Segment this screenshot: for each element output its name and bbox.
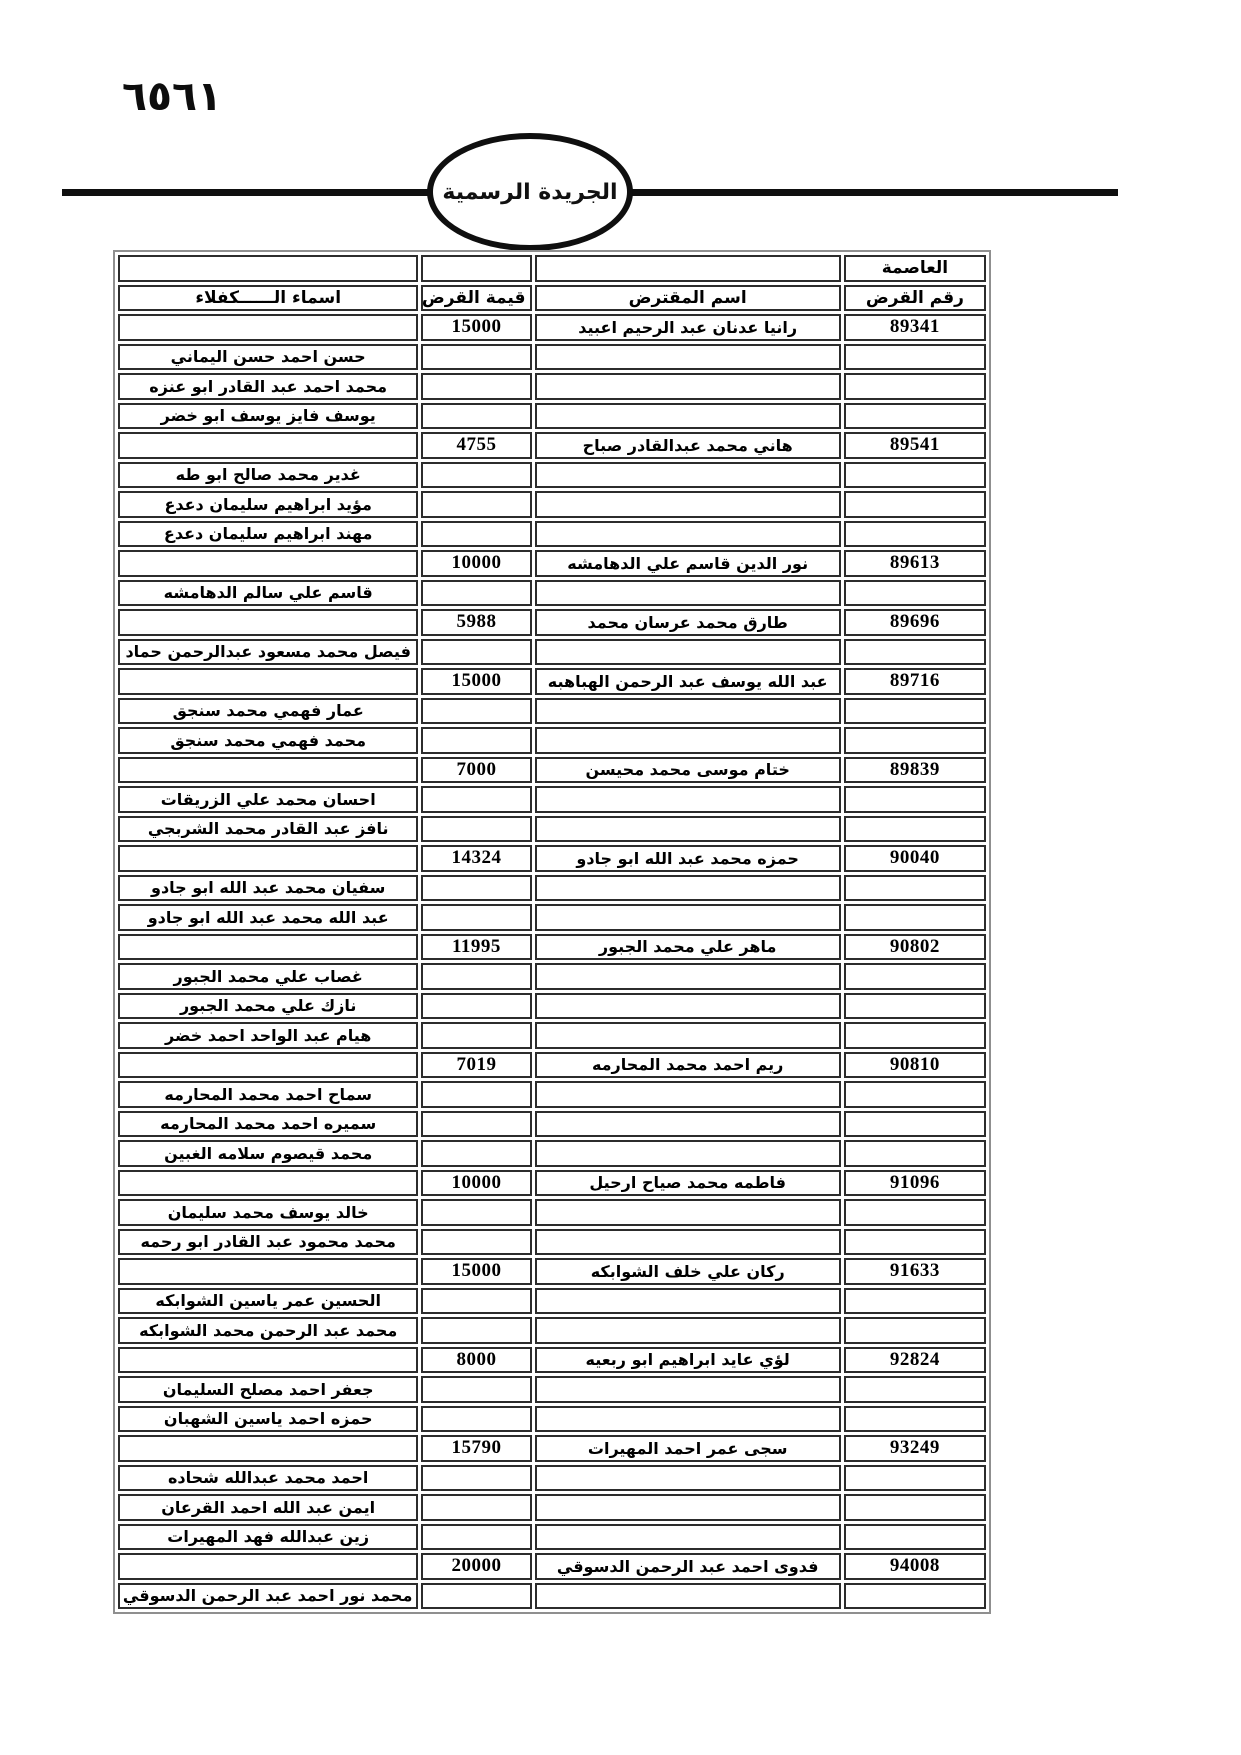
cell-loan-number bbox=[844, 1288, 986, 1315]
table-row: محمد احمد عبد القادر ابو عنزه bbox=[118, 373, 986, 400]
cell-guarantor: ايمن عبد الله احمد القرعان bbox=[118, 1494, 418, 1521]
cell-borrower bbox=[535, 1229, 841, 1256]
cell-loan-number: 89696 bbox=[844, 609, 986, 636]
cell-loan-number bbox=[844, 521, 986, 548]
cell-guarantor bbox=[118, 609, 418, 636]
cell-borrower: طارق محمد عرسان محمد bbox=[535, 609, 841, 636]
cell-amount bbox=[421, 521, 531, 548]
region-header-cell: العاصمة bbox=[844, 255, 986, 282]
cell-guarantor: سفيان محمد عبد الله ابو جادو bbox=[118, 875, 418, 902]
gazette-banner-title: الجريدة الرسمية bbox=[442, 180, 617, 205]
table-row: 89341رانيا عدنان عبد الرحيم اعبيد15000 bbox=[118, 314, 986, 341]
cell-guarantor: احمد محمد عبدالله شحاده bbox=[118, 1465, 418, 1492]
cell-loan-number bbox=[844, 1406, 986, 1433]
cell-borrower bbox=[535, 786, 841, 813]
cell-loan-number bbox=[844, 373, 986, 400]
cell-borrower: حمزه محمد عبد الله ابو جادو bbox=[535, 845, 841, 872]
cell-guarantor: نازك علي محمد الجبور bbox=[118, 993, 418, 1020]
table-row: 89541هاني محمد عبدالقادر صباح4755 bbox=[118, 432, 986, 459]
cell-borrower bbox=[535, 1288, 841, 1315]
cell-loan-number bbox=[844, 993, 986, 1020]
cell-guarantor: محمد محمود عبد القادر ابو رحمه bbox=[118, 1229, 418, 1256]
cell-loan-number bbox=[844, 1583, 986, 1610]
table-row: عمار فهمي محمد سنجق bbox=[118, 698, 986, 725]
cell-loan-number bbox=[844, 698, 986, 725]
cell-guarantor: غدير محمد صالح ابو طه bbox=[118, 462, 418, 489]
cell-guarantor bbox=[118, 934, 418, 961]
cell-guarantor: مؤيد ابراهيم سليمان دعدع bbox=[118, 491, 418, 518]
cell-loan-number bbox=[844, 403, 986, 430]
cell-borrower bbox=[535, 1317, 841, 1344]
table-row: الحسين عمر ياسين الشوابكه bbox=[118, 1288, 986, 1315]
cell-borrower bbox=[535, 1199, 841, 1226]
cell-borrower bbox=[535, 491, 841, 518]
cell-borrower bbox=[535, 1111, 841, 1138]
table-row: 89716عبد الله يوسف عبد الرحمن الهباهبه15… bbox=[118, 668, 986, 695]
cell-loan-number bbox=[844, 1524, 986, 1551]
table-row: سفيان محمد عبد الله ابو جادو bbox=[118, 875, 986, 902]
cell-guarantor: حسن احمد حسن اليماني bbox=[118, 344, 418, 371]
column-header-amount: قيمة القرض bbox=[421, 285, 531, 312]
cell-borrower bbox=[535, 373, 841, 400]
table-row: محمد قيصوم سلامه الغبين bbox=[118, 1140, 986, 1167]
cell-loan-number bbox=[844, 786, 986, 813]
cell-amount bbox=[421, 727, 531, 754]
cell-guarantor: محمد عبد الرحمن محمد الشوابكه bbox=[118, 1317, 418, 1344]
cell-guarantor: مهند ابراهيم سليمان دعدع bbox=[118, 521, 418, 548]
cell-guarantor bbox=[118, 1553, 418, 1580]
cell-loan-number: 92824 bbox=[844, 1347, 986, 1374]
cell-loan-number bbox=[844, 1022, 986, 1049]
cell-borrower bbox=[535, 904, 841, 931]
table-row: فيصل محمد مسعود عبدالرحمن حماد bbox=[118, 639, 986, 666]
cell-amount bbox=[421, 1406, 531, 1433]
column-headers-row: رقم القرض اسم المقترض قيمة القرض اسماء ا… bbox=[118, 285, 986, 312]
gazette-banner: الجريدة الرسمية bbox=[427, 133, 633, 251]
cell-guarantor bbox=[118, 757, 418, 784]
table-row: احمد محمد عبدالله شحاده bbox=[118, 1465, 986, 1492]
cell-borrower bbox=[535, 1022, 841, 1049]
table-row: 90810ريم احمد محمد المحارمه7019 bbox=[118, 1052, 986, 1079]
cell-amount bbox=[421, 1199, 531, 1226]
cell-loan-number: 90810 bbox=[844, 1052, 986, 1079]
cell-amount: 5988 bbox=[421, 609, 531, 636]
cell-borrower bbox=[535, 1465, 841, 1492]
cell-amount bbox=[421, 1022, 531, 1049]
cell-loan-number bbox=[844, 727, 986, 754]
cell-loan-number bbox=[844, 580, 986, 607]
table-row: حسن احمد حسن اليماني bbox=[118, 344, 986, 371]
cell-borrower bbox=[535, 1494, 841, 1521]
cell-amount bbox=[421, 786, 531, 813]
cell-guarantor: هيام عبد الواحد احمد خضر bbox=[118, 1022, 418, 1049]
cell-borrower bbox=[535, 963, 841, 990]
table-row: غدير محمد صالح ابو طه bbox=[118, 462, 986, 489]
table-row: عبد الله محمد عبد الله ابو جادو bbox=[118, 904, 986, 931]
cell-borrower bbox=[535, 698, 841, 725]
cell-amount bbox=[421, 1494, 531, 1521]
cell-guarantor bbox=[118, 845, 418, 872]
cell-loan-number bbox=[844, 1081, 986, 1108]
cell-guarantor: يوسف فايز يوسف ابو خضر bbox=[118, 403, 418, 430]
cell-guarantor: حمزه احمد ياسين الشهبان bbox=[118, 1406, 418, 1433]
cell-guarantor bbox=[118, 314, 418, 341]
column-header-guarantors: اسماء الــــــكفلاء bbox=[118, 285, 418, 312]
cell-borrower bbox=[535, 1524, 841, 1551]
cell-amount bbox=[421, 993, 531, 1020]
cell-borrower bbox=[535, 727, 841, 754]
table-row: 92824لؤي عايد ابراهيم ابو ربعيه8000 bbox=[118, 1347, 986, 1374]
table-row: هيام عبد الواحد احمد خضر bbox=[118, 1022, 986, 1049]
cell-guarantor bbox=[118, 1347, 418, 1374]
table-row: نازك علي محمد الجبور bbox=[118, 993, 986, 1020]
region-header-row: العاصمة bbox=[118, 255, 986, 282]
cell-loan-number bbox=[844, 1229, 986, 1256]
cell-amount bbox=[421, 462, 531, 489]
cell-amount bbox=[421, 904, 531, 931]
cell-guarantor bbox=[118, 1052, 418, 1079]
cell-amount bbox=[421, 1140, 531, 1167]
table-row: 93249سجى عمر احمد المهيرات15790 bbox=[118, 1435, 986, 1462]
cell-borrower bbox=[535, 1081, 841, 1108]
cell-loan-number: 90802 bbox=[844, 934, 986, 961]
table-row: قاسم علي سالم الدهامشه bbox=[118, 580, 986, 607]
cell-guarantor: محمد قيصوم سلامه الغبين bbox=[118, 1140, 418, 1167]
cell-amount: 20000 bbox=[421, 1553, 531, 1580]
table-row: سماح احمد محمد المحارمه bbox=[118, 1081, 986, 1108]
cell-amount bbox=[421, 1229, 531, 1256]
cell-amount: 11995 bbox=[421, 934, 531, 961]
cell-borrower: عبد الله يوسف عبد الرحمن الهباهبه bbox=[535, 668, 841, 695]
cell-loan-number bbox=[844, 462, 986, 489]
table-row: 89613نور الدين قاسم علي الدهامشه10000 bbox=[118, 550, 986, 577]
table-row: نافز عبد القادر محمد الشربجي bbox=[118, 816, 986, 843]
table-row: محمد فهمي محمد سنجق bbox=[118, 727, 986, 754]
cell-loan-number bbox=[844, 491, 986, 518]
cell-borrower: رانيا عدنان عبد الرحيم اعبيد bbox=[535, 314, 841, 341]
table-row: مهند ابراهيم سليمان دعدع bbox=[118, 521, 986, 548]
column-header-borrower: اسم المقترض bbox=[535, 285, 841, 312]
cell-amount bbox=[421, 1288, 531, 1315]
table-row: مؤيد ابراهيم سليمان دعدع bbox=[118, 491, 986, 518]
table-row: احسان محمد علي الزريقات bbox=[118, 786, 986, 813]
cell-guarantor: جعفر احمد مصلح السليمان bbox=[118, 1376, 418, 1403]
cell-guarantor: محمد نور احمد عبد الرحمن الدسوقي bbox=[118, 1583, 418, 1610]
cell-loan-number bbox=[844, 875, 986, 902]
page-number: ٦٥٦١ bbox=[122, 72, 222, 120]
cell-borrower bbox=[535, 1406, 841, 1433]
table-row: يوسف فايز يوسف ابو خضر bbox=[118, 403, 986, 430]
cell-amount: 15000 bbox=[421, 314, 531, 341]
cell-borrower: ركان علي خلف الشوابكه bbox=[535, 1258, 841, 1285]
cell-borrower: ماهر علي محمد الجبور bbox=[535, 934, 841, 961]
cell-guarantor: خالد يوسف محمد سليمان bbox=[118, 1199, 418, 1226]
cell-amount bbox=[421, 1465, 531, 1492]
cell-borrower: نور الدين قاسم علي الدهامشه bbox=[535, 550, 841, 577]
cell-loan-number: 89716 bbox=[844, 668, 986, 695]
cell-amount bbox=[421, 816, 531, 843]
cell-guarantor: الحسين عمر ياسين الشوابكه bbox=[118, 1288, 418, 1315]
cell-loan-number bbox=[844, 1111, 986, 1138]
cell-loan-number bbox=[844, 1317, 986, 1344]
empty-header-cell bbox=[535, 255, 841, 282]
cell-borrower bbox=[535, 462, 841, 489]
cell-amount bbox=[421, 1111, 531, 1138]
cell-borrower bbox=[535, 344, 841, 371]
cell-borrower bbox=[535, 993, 841, 1020]
empty-header-cell bbox=[118, 255, 418, 282]
cell-loan-number bbox=[844, 1199, 986, 1226]
cell-amount: 10000 bbox=[421, 550, 531, 577]
cell-amount bbox=[421, 1376, 531, 1403]
cell-amount bbox=[421, 698, 531, 725]
table-row: سميره احمد محمد المحارمه bbox=[118, 1111, 986, 1138]
cell-amount: 15790 bbox=[421, 1435, 531, 1462]
cell-guarantor: سميره احمد محمد المحارمه bbox=[118, 1111, 418, 1138]
cell-amount bbox=[421, 403, 531, 430]
cell-loan-number bbox=[844, 344, 986, 371]
table-row: جعفر احمد مصلح السليمان bbox=[118, 1376, 986, 1403]
column-header-loan-number: رقم القرض bbox=[844, 285, 986, 312]
cell-guarantor bbox=[118, 1435, 418, 1462]
cell-loan-number: 89341 bbox=[844, 314, 986, 341]
table-row: غصاب علي محمد الجبور bbox=[118, 963, 986, 990]
cell-guarantor: سماح احمد محمد المحارمه bbox=[118, 1081, 418, 1108]
cell-borrower bbox=[535, 875, 841, 902]
table-row: حمزه احمد ياسين الشهبان bbox=[118, 1406, 986, 1433]
table-row: محمد محمود عبد القادر ابو رحمه bbox=[118, 1229, 986, 1256]
cell-loan-number: 91633 bbox=[844, 1258, 986, 1285]
cell-loan-number bbox=[844, 639, 986, 666]
table-row: زين عبدالله فهد المهيرات bbox=[118, 1524, 986, 1551]
cell-loan-number: 93249 bbox=[844, 1435, 986, 1462]
cell-borrower: فدوى احمد عبد الرحمن الدسوقي bbox=[535, 1553, 841, 1580]
cell-amount bbox=[421, 1524, 531, 1551]
table-row: 91633ركان علي خلف الشوابكه15000 bbox=[118, 1258, 986, 1285]
cell-loan-number: 91096 bbox=[844, 1170, 986, 1197]
cell-amount bbox=[421, 875, 531, 902]
cell-loan-number bbox=[844, 963, 986, 990]
table-row: 91096فاطمه محمد صياح ارحيل10000 bbox=[118, 1170, 986, 1197]
cell-guarantor: محمد فهمي محمد سنجق bbox=[118, 727, 418, 754]
table-row: محمد عبد الرحمن محمد الشوابكه bbox=[118, 1317, 986, 1344]
cell-borrower: فاطمه محمد صياح ارحيل bbox=[535, 1170, 841, 1197]
table-row: محمد نور احمد عبد الرحمن الدسوقي bbox=[118, 1583, 986, 1610]
cell-loan-number bbox=[844, 904, 986, 931]
cell-borrower bbox=[535, 403, 841, 430]
cell-guarantor: غصاب علي محمد الجبور bbox=[118, 963, 418, 990]
table-row: 89696طارق محمد عرسان محمد5988 bbox=[118, 609, 986, 636]
cell-amount: 14324 bbox=[421, 845, 531, 872]
cell-loan-number: 89613 bbox=[844, 550, 986, 577]
cell-borrower bbox=[535, 816, 841, 843]
cell-guarantor: عمار فهمي محمد سنجق bbox=[118, 698, 418, 725]
cell-guarantor: احسان محمد علي الزريقات bbox=[118, 786, 418, 813]
cell-borrower bbox=[535, 1140, 841, 1167]
cell-guarantor: عبد الله محمد عبد الله ابو جادو bbox=[118, 904, 418, 931]
cell-borrower: لؤي عايد ابراهيم ابو ربعيه bbox=[535, 1347, 841, 1374]
cell-guarantor bbox=[118, 1170, 418, 1197]
cell-loan-number: 90040 bbox=[844, 845, 986, 872]
cell-borrower bbox=[535, 1583, 841, 1610]
cell-amount: 7000 bbox=[421, 757, 531, 784]
cell-borrower bbox=[535, 1376, 841, 1403]
cell-loan-number bbox=[844, 816, 986, 843]
cell-loan-number bbox=[844, 1140, 986, 1167]
cell-loan-number: 89839 bbox=[844, 757, 986, 784]
cell-amount: 10000 bbox=[421, 1170, 531, 1197]
cell-borrower: ختام موسى محمد محيسن bbox=[535, 757, 841, 784]
cell-amount bbox=[421, 491, 531, 518]
empty-header-cell bbox=[421, 255, 531, 282]
cell-amount: 15000 bbox=[421, 1258, 531, 1285]
cell-guarantor: زين عبدالله فهد المهيرات bbox=[118, 1524, 418, 1551]
cell-amount bbox=[421, 1583, 531, 1610]
table-row: 89839ختام موسى محمد محيسن7000 bbox=[118, 757, 986, 784]
loan-table-body: العاصمة رقم القرض اسم المقترض قيمة القرض… bbox=[118, 255, 986, 1609]
cell-guarantor bbox=[118, 1258, 418, 1285]
table-row: خالد يوسف محمد سليمان bbox=[118, 1199, 986, 1226]
cell-loan-number: 94008 bbox=[844, 1553, 986, 1580]
cell-loan-number bbox=[844, 1465, 986, 1492]
cell-guarantor: نافز عبد القادر محمد الشربجي bbox=[118, 816, 418, 843]
table-row: 90802ماهر علي محمد الجبور11995 bbox=[118, 934, 986, 961]
cell-guarantor bbox=[118, 432, 418, 459]
table-row: ايمن عبد الله احمد القرعان bbox=[118, 1494, 986, 1521]
cell-guarantor bbox=[118, 550, 418, 577]
table-row: 90040حمزه محمد عبد الله ابو جادو14324 bbox=[118, 845, 986, 872]
cell-amount bbox=[421, 373, 531, 400]
cell-guarantor bbox=[118, 668, 418, 695]
cell-borrower: ريم احمد محمد المحارمه bbox=[535, 1052, 841, 1079]
cell-borrower bbox=[535, 639, 841, 666]
cell-loan-number bbox=[844, 1376, 986, 1403]
cell-amount: 8000 bbox=[421, 1347, 531, 1374]
cell-amount: 15000 bbox=[421, 668, 531, 695]
gazette-page: ٦٥٦١ الجريدة الرسمية العاصمة رقم القرض ا… bbox=[0, 0, 1241, 1755]
cell-amount bbox=[421, 580, 531, 607]
cell-amount bbox=[421, 1081, 531, 1108]
cell-amount bbox=[421, 1317, 531, 1344]
cell-borrower: سجى عمر احمد المهيرات bbox=[535, 1435, 841, 1462]
loan-table: العاصمة رقم القرض اسم المقترض قيمة القرض… bbox=[113, 250, 991, 1614]
cell-guarantor: فيصل محمد مسعود عبدالرحمن حماد bbox=[118, 639, 418, 666]
cell-borrower bbox=[535, 521, 841, 548]
cell-amount bbox=[421, 963, 531, 990]
cell-loan-number: 89541 bbox=[844, 432, 986, 459]
cell-amount bbox=[421, 344, 531, 371]
cell-borrower: هاني محمد عبدالقادر صباح bbox=[535, 432, 841, 459]
cell-amount bbox=[421, 639, 531, 666]
cell-borrower bbox=[535, 580, 841, 607]
cell-guarantor: قاسم علي سالم الدهامشه bbox=[118, 580, 418, 607]
table-row: 94008فدوى احمد عبد الرحمن الدسوقي20000 bbox=[118, 1553, 986, 1580]
cell-loan-number bbox=[844, 1494, 986, 1521]
cell-amount: 7019 bbox=[421, 1052, 531, 1079]
cell-amount: 4755 bbox=[421, 432, 531, 459]
cell-guarantor: محمد احمد عبد القادر ابو عنزه bbox=[118, 373, 418, 400]
